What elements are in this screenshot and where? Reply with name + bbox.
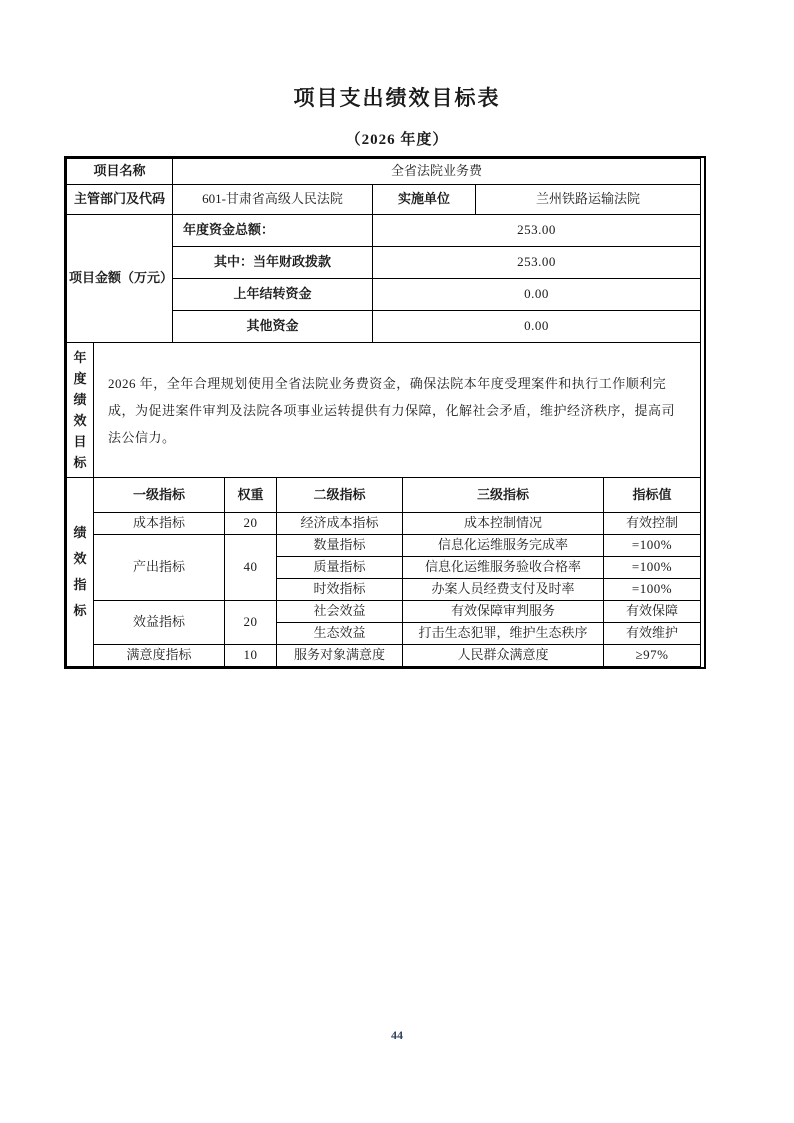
indicators-table: 绩效指标 一级指标 权重 二级指标 三级指标 指标值 成本指标 20 经济成本指…: [66, 477, 701, 667]
indicator-l2: 服务对象满意度: [277, 645, 403, 667]
indicator-l2: 数量指标: [277, 535, 403, 557]
indicator-l3: 打击生态犯罪，维护生态秩序: [403, 623, 604, 645]
page-title: 项目支出绩效目标表: [0, 82, 794, 112]
dept-label: 主管部门及代码: [67, 185, 173, 215]
indicator-l2: 质量指标: [277, 557, 403, 579]
indicator-l2: 时效指标: [277, 579, 403, 601]
amount-row-label: 其他资金: [173, 311, 373, 343]
amount-row-value: 253.00: [373, 215, 701, 247]
indicator-row: 成本指标 20 经济成本指标 成本控制情况 有效控制: [67, 513, 701, 535]
amount-row-value: 253.00: [373, 247, 701, 279]
amount-section-label: 项目金额（万元）: [67, 215, 173, 343]
indicator-l3: 人民群众满意度: [403, 645, 604, 667]
table-row: 年度绩效目标 2026 年，全年合理规划使用全省法院业务费资金，确保法院本年度受…: [67, 343, 701, 478]
header-level1: 一级指标: [94, 478, 225, 513]
impl-unit-value: 兰州铁路运输法院: [476, 185, 701, 215]
indicator-l1: 产出指标: [94, 535, 225, 601]
amount-row-value: 0.00: [373, 311, 701, 343]
header-weight: 权重: [225, 478, 277, 513]
indicator-value: =100%: [604, 535, 701, 557]
indicator-weight: 10: [225, 645, 277, 667]
project-name-label: 项目名称: [67, 159, 173, 185]
amount-row-value: 0.00: [373, 279, 701, 311]
indicator-l1: 成本指标: [94, 513, 225, 535]
indicator-weight: 20: [225, 513, 277, 535]
page-number: 44: [0, 1028, 794, 1043]
indicators-header-row: 绩效指标 一级指标 权重 二级指标 三级指标 指标值: [67, 478, 701, 513]
indicator-value: =100%: [604, 579, 701, 601]
table-row: 主管部门及代码 601-甘肃省高级人民法院 实施单位 兰州铁路运输法院: [67, 185, 701, 215]
project-name-value: 全省法院业务费: [173, 159, 701, 185]
indicator-l2: 经济成本指标: [277, 513, 403, 535]
amount-row-label: 其中：当年财政拨款: [173, 247, 373, 279]
header-level2: 二级指标: [277, 478, 403, 513]
dept-value: 601-甘肃省高级人民法院: [173, 185, 373, 215]
performance-target-table: 项目名称 全省法院业务费 主管部门及代码 601-甘肃省高级人民法院 实施单位 …: [64, 156, 706, 669]
indicator-value: 有效保障: [604, 601, 701, 623]
indicator-l3: 成本控制情况: [403, 513, 604, 535]
indicator-value: ≥97%: [604, 645, 701, 667]
indicator-value: 有效控制: [604, 513, 701, 535]
header-level3: 三级指标: [403, 478, 604, 513]
indicator-value: =100%: [604, 557, 701, 579]
indicator-l1: 满意度指标: [94, 645, 225, 667]
amount-row-label: 上年结转资金: [173, 279, 373, 311]
indicator-row: 效益指标 20 社会效益 有效保障审判服务 有效保障: [67, 601, 701, 623]
indicator-l1: 效益指标: [94, 601, 225, 645]
header-value: 指标值: [604, 478, 701, 513]
indicator-weight: 20: [225, 601, 277, 645]
table-row: 项目名称 全省法院业务费: [67, 159, 701, 185]
indicator-l2: 社会效益: [277, 601, 403, 623]
annual-goal-text: 2026 年，全年合理规划使用全省法院业务费资金，确保法院本年度受理案件和执行工…: [94, 343, 701, 478]
indicator-l3: 办案人员经费支付及时率: [403, 579, 604, 601]
project-info-table: 项目名称 全省法院业务费 主管部门及代码 601-甘肃省高级人民法院 实施单位 …: [66, 158, 701, 343]
indicator-l2: 生态效益: [277, 623, 403, 645]
indicator-l3: 信息化运维服务完成率: [403, 535, 604, 557]
indicator-weight: 40: [225, 535, 277, 601]
annual-goal-table: 年度绩效目标 2026 年，全年合理规划使用全省法院业务费资金，确保法院本年度受…: [66, 342, 701, 478]
indicator-l3: 有效保障审判服务: [403, 601, 604, 623]
annual-goal-label: 年度绩效目标: [67, 343, 94, 478]
document-page: 项目支出绩效目标表 （2026 年度） 项目名称 全省法院业务费 主管部门及代码…: [0, 0, 794, 1123]
amount-row: 项目金额（万元） 年度资金总额： 253.00: [67, 215, 701, 247]
impl-unit-label: 实施单位: [373, 185, 476, 215]
indicators-section-label: 绩效指标: [67, 478, 94, 667]
indicator-value: 有效维护: [604, 623, 701, 645]
page-subtitle: （2026 年度）: [0, 128, 794, 149]
amount-row-label: 年度资金总额：: [173, 215, 373, 247]
indicator-row: 产出指标 40 数量指标 信息化运维服务完成率 =100%: [67, 535, 701, 557]
indicator-row: 满意度指标 10 服务对象满意度 人民群众满意度 ≥97%: [67, 645, 701, 667]
indicator-l3: 信息化运维服务验收合格率: [403, 557, 604, 579]
